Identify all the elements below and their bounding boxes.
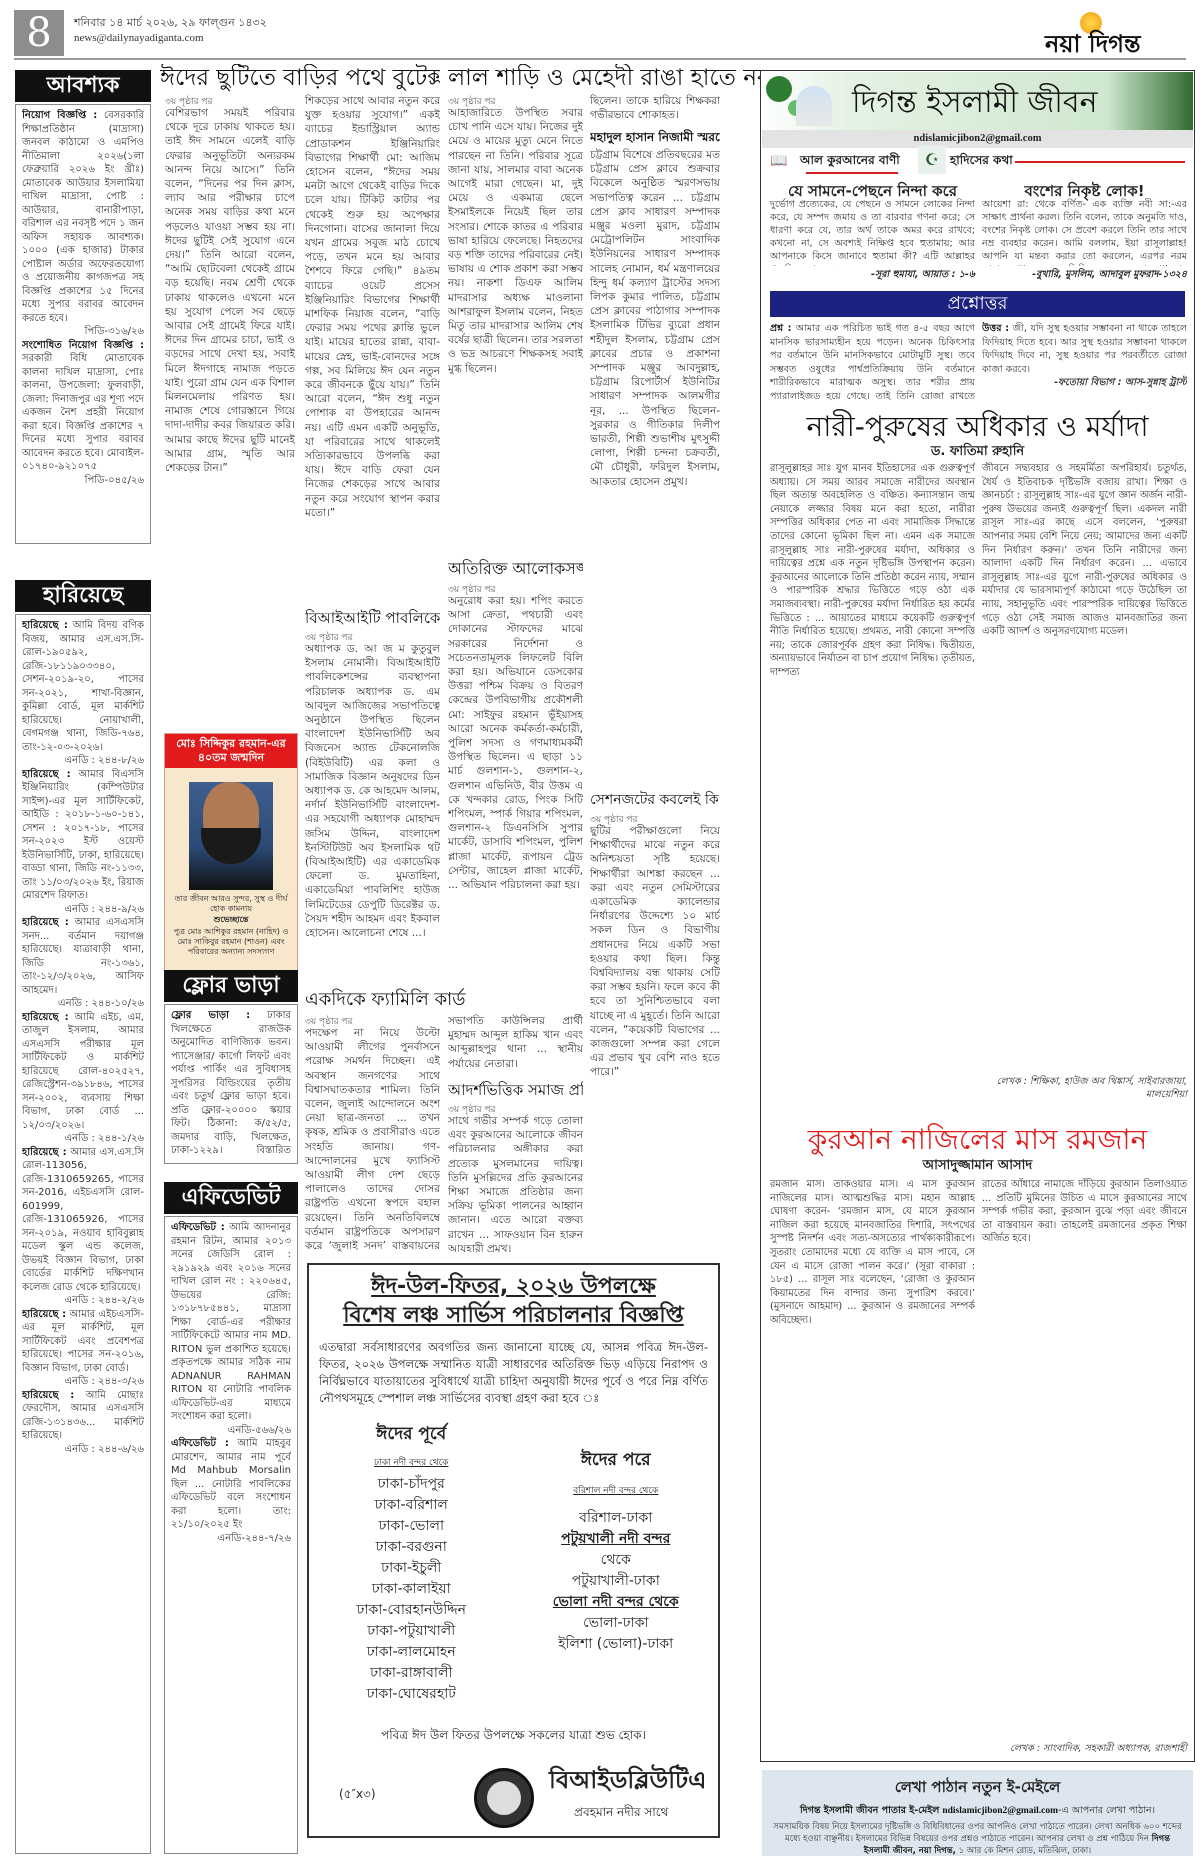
send-email-link[interactable]: ndislamicjibon2@gmail.com — [942, 1806, 1058, 1816]
org-name: বিআইডব্লিউটিএ — [549, 1762, 706, 1802]
after-eid-from: বরিশাল নদী বন্দর থেকে — [514, 1483, 719, 1498]
hadith-ref: -বুখারি, মুসলিম, আদাবুল মুফরাদ-১৩২৪ — [982, 268, 1187, 283]
article-body: অধ্যাপক ড. আ জ ম কুতুবুল ইসলাম নোমানী। ব… — [305, 642, 440, 972]
route-item: ইলিশা (ভোলা)-ঢাকা — [514, 1634, 719, 1655]
hadith-label: হাদিসের কথা — [950, 152, 1013, 172]
article-nizami-memorial: মহাদুল হাসান নিজামী স্মরণে — [590, 128, 720, 146]
ad-code: পিডি-৩১৬/২৬ — [22, 325, 144, 339]
article-session-jam: সেশনজটের কবলেই কি — [590, 790, 720, 810]
article-ideological: আদর্শভিত্তিক সমাজ প্রতিষ্ঠায় — [448, 1080, 583, 1100]
ad-size: (৫″x৩) — [339, 1786, 376, 1806]
birthday-ad: মোঃ সিদ্দিকুর রহমান-এর ৪০তম জন্মদিন তার … — [164, 733, 298, 983]
wishers-text: পুত্র মোঃ আশিকুর রহমান (নাহিদ) ও মোঃ সাক… — [165, 927, 297, 957]
lost-item: হারিয়েছে : আমি মোছাঃ ফেরদৌস, আমার এসএসস… — [22, 1389, 144, 1457]
section-title-floor-rent: ফ্লোর ভাড়া — [164, 970, 298, 1002]
ad-text: বেসরকারি শিক্ষাপ্রতিষ্ঠান (মাদ্রাসা) জনব… — [22, 110, 144, 324]
after-eid-routes: ঈদের পরে বরিশাল নদী বন্দর থেকে বরিশাল-ঢা… — [514, 1421, 719, 1705]
floor-rent-ad: ফ্লোর ভাড়া : ঢাকার খিলক্ষেতে রাজউক অনুম… — [164, 1004, 298, 1164]
article-eid-travel: ঈদের ছুটিতে বাড়ির পথে বুটেক্স — [160, 64, 440, 92]
lost-item: হারিয়েছে : আমি এইচ, এম, তাজুল ইসলাম, আম… — [22, 1011, 144, 1146]
route-item: ঢাকা-ঘোষেরহাট — [309, 1684, 514, 1705]
quran-label: আল কুরআনের বাণী — [800, 152, 900, 172]
author-note: লেখক : সাংবাদিক, সহকারী অধ্যাপক, রাজশাহী — [982, 1742, 1187, 1757]
route-item: ঢাকা-কালাইয়া — [309, 1579, 514, 1600]
decor-circle-icon — [766, 76, 792, 102]
affidavit-item: এফিডেভিট : আমি আদনানুর রহমান রিটন, আমার … — [171, 1221, 291, 1437]
birthday-caption: তার জীবন আরও সুন্দর, সুস্থ ও দীর্ঘ হোক ক… — [165, 890, 297, 914]
article-body: পদক্ষেপ না নিয়ে উল্টো আওয়ামী লীগের পুন… — [305, 1026, 440, 1252]
route-item: ভোলা-ঢাকা — [514, 1613, 719, 1634]
affidavit-ads: এফিডেভিট : আমি আদনানুর রহমান রিটন, আমার … — [164, 1216, 298, 1854]
qa-answer: উত্তর : জী, যদি সুস্থ হওয়ার সম্ভাবনা না… — [982, 322, 1187, 402]
article-body: ছিলেন। তাকে হারিয়ে শিক্ষকরা গভীরভাবে শো… — [590, 94, 720, 124]
author-note: লেখক : শিক্ষিকা, হাউজ অব থিঙ্কার্স, সাইব… — [982, 1075, 1187, 1101]
route-item: ঢাকা-রাঙ্গাবালী — [309, 1663, 514, 1684]
send-title: লেখা পাঠান নতুন ই-মেইলে — [772, 1776, 1183, 1801]
route-item: ঢাকা-বরগুনা — [309, 1537, 514, 1558]
article-extra-lighting: অতিরিক্ত আলোকসজ্জা — [448, 558, 583, 580]
biwta-emblem-icon — [474, 1768, 534, 1828]
lost-item: হারিয়েছে : আমার এস.এস.সি রোল-113056, রে… — [22, 1146, 144, 1308]
headline: একদিকে ফ্যামিলি কার্ড — [305, 988, 585, 1012]
quran-ref: -সূরা হুমাযা, আয়াত : ১-৬ — [770, 268, 975, 283]
date-line: শনিবার ১৪ মার্চ ২০২৬, ২৯ ফাল্গুন ১৪৩২ — [74, 14, 267, 33]
headline: আদর্শভিত্তিক সমাজ প্রতিষ্ঠায় — [448, 1080, 583, 1100]
lost-item: হারিয়েছে : আমার এইচএসসি-এর মূল মার্কশিট… — [22, 1308, 144, 1389]
article-body: জীবনে সদ্ব্যবহার ও সহমর্মিতা অপরিহার্য। … — [982, 462, 1187, 1072]
article-body: শিকড়ের সাথে আবার নতুন করে যুক্ত হওয়ার … — [305, 94, 440, 604]
ad-text: সরকারী বিধি মোতাবেক কালনা দাখিল মাদ্রাসা… — [22, 353, 144, 472]
send-writings-box: লেখা পাঠান নতুন ই-মেইলে দিগন্ত ইসলামী জী… — [762, 1770, 1193, 1856]
after-eid-heading: ঈদের পরে — [514, 1447, 719, 1475]
mosque-icon — [796, 86, 832, 126]
notice-body: এতদ্বারা সর্বসাধারণের অবগতির জন্য জানানো… — [309, 1331, 718, 1407]
ramadan-author: আসাদুজ্জামান আসাদ — [770, 1156, 1185, 1177]
ad-label: সংশোধিত নিয়োগ বিজ্ঞপ্তি : — [22, 340, 144, 351]
headline: অতিরিক্ত আলোকসজ্জা — [448, 558, 583, 580]
headline: সেশনজটের কবলেই কি — [590, 790, 720, 810]
wishers-title: শুভেচ্ছান্তে — [165, 914, 297, 927]
route-item: পটুয়াখালী-ঢাকা — [514, 1571, 719, 1592]
qa-title-bar: প্রশ্নোত্তর — [770, 291, 1185, 317]
route-item: ঢাকা-ভোলা — [309, 1516, 514, 1537]
ad-code: পিডি-০৪৫/২৬ — [22, 474, 144, 488]
header-email[interactable]: news@dailynayadiganta.com — [74, 32, 204, 44]
women-rights-author: ড. ফাতিমা রুহানি — [770, 442, 1185, 463]
quran-book-icon: 📖 — [770, 153, 792, 169]
article-body: সভাপতি কাউন্সিলর প্রার্থী মুহাম্মদ আব্দু… — [448, 1014, 583, 1074]
affidavit-item: এফিডেভিট : আমি মাহবুব মোরশেদ, আমার নাম প… — [171, 1437, 291, 1545]
launch-service-notice: ঈদ-উল-ফিতর, ২০২৬ উপলক্ষে বিশেষ লঞ্চ সার্… — [307, 1263, 720, 1838]
headline: বিআইআইটি পাবলিকেশন্সের — [305, 608, 440, 628]
article-red-saree: লাল শাড়ি ও মেহেদী রাঙা হাতে নববধূ — [448, 64, 760, 92]
article-biit: বিআইআইটি পাবলিকেশন্সের — [305, 608, 440, 628]
org-slogan: প্রবহমান নদীর সাথে — [574, 1804, 668, 1824]
qa-question: প্রশ্ন : আমার এক পরিচিত ভাই গত ৪-৫ বছর আ… — [770, 322, 975, 402]
route-columns: ঈদের পূর্বে ঢাকা নদী বন্দর থেকে ঢাকা-চাঁ… — [309, 1421, 718, 1705]
section-title-lost: হারিয়েছে — [15, 580, 151, 612]
route-item: ঢাকা-চাঁদপুর — [309, 1474, 514, 1495]
section-title-required: আবশ্যক — [15, 70, 151, 102]
route-item: ঢাকা-বরিশাল — [309, 1495, 514, 1516]
logo-text: নয়া দিগন্ত — [1045, 26, 1141, 66]
send-line-2: সমসাময়িক বিষয় নিয়ে ইসলামের দৃষ্টিভঙ্গ… — [772, 1821, 1183, 1857]
newspaper-logo: নয়া দিগন্ত — [1040, 12, 1190, 54]
lost-item: হারিয়েছে : আমার বিএসসি ইঞ্জিনিয়ারিং (ক… — [22, 768, 144, 917]
red-underline — [1015, 161, 1185, 163]
headline: মহাদুল হাসান নিজামী স্মরণে — [590, 128, 720, 146]
article-family-card: একদিকে ফ্যামিলি কার্ড — [305, 988, 585, 1012]
section-title-affidavit: এফিডেভিট — [164, 1182, 298, 1214]
route-item: ঢাকা-বোরহানউদ্দিন — [309, 1600, 514, 1621]
header-divider — [14, 58, 1186, 60]
islamic-life-banner: দিগন্ত ইসলামী জীবন — [762, 72, 1193, 130]
article-body: রমজান মাস। তাকওয়ার মাস। এ মাস কুরআন নাজ… — [770, 1178, 975, 1762]
route-item: ঢাকা-লালমোহন — [309, 1642, 514, 1663]
before-eid-from: ঢাকা নদী বন্দর থেকে — [309, 1455, 514, 1470]
red-underline — [806, 172, 898, 174]
ad-label: নিয়োগ বিজ্ঞপ্তি : — [22, 110, 97, 121]
lost-ads: হারিয়েছে : আমি বিদয় বণিক বিজয়, আমার এ… — [15, 614, 151, 1854]
after-eid-from: ভোলা নদী বন্দর থেকে — [514, 1592, 719, 1613]
section-email[interactable]: ndislamicjibon2@gmail.com — [762, 130, 1193, 148]
before-eid-routes: ঈদের পূর্বে ঢাকা নদী বন্দর থেকে ঢাকা-চাঁ… — [309, 1421, 514, 1705]
after-eid-from: থেকে — [514, 1550, 719, 1571]
article-body: আহাজারিতে উপস্থিত সবার চোখ পানি এসে যায়… — [448, 106, 583, 536]
article-body: রাসূলুল্লাহর সাঃ যুগ মানব ইতিহাসের এক গু… — [770, 462, 975, 1104]
portrait-photo — [189, 782, 273, 890]
article-body: চট্টগ্রাম বিশেষে প্রতিবছরের মত চট্টগ্রাম… — [590, 148, 720, 768]
section-title: দিগন্ত ইসলামী জীবন — [852, 78, 1098, 129]
after-eid-from: পটুয়খালী নদী বন্দর — [514, 1529, 719, 1550]
headline: ঈদের ছুটিতে বাড়ির পথে বুটেক্স — [160, 64, 440, 92]
notice-title-1: ঈদ-উল-ফিতর, ২০২৬ উপলক্ষে — [309, 1273, 718, 1301]
required-ads: নিয়োগ বিজ্ঞপ্তি : বেসরকারি শিক্ষাপ্রতিষ… — [15, 104, 151, 544]
headline: লাল শাড়ি ও মেহেদী রাঙা হাতে নববধূ — [448, 64, 760, 92]
before-eid-heading: ঈদের পূর্বে — [309, 1421, 514, 1449]
article-body: সাথে গভীর সম্পর্ক গড়ে তোলা এবং কুরআনের … — [448, 1114, 583, 1252]
route-item: ঢাকা-ইচুলী — [309, 1558, 514, 1579]
mosque-hadith-icon: ☪ — [918, 146, 946, 174]
quran-text: দুর্ভোগ প্রত্যেকের, যে পেছনে ও সামনে লোক… — [770, 198, 975, 266]
route-item: ঢাকা-পটুয়াখালী — [309, 1621, 514, 1642]
article-body: অনুরোধ করা হয়। শপিং করতে আসা ক্রেতা, পথ… — [448, 594, 583, 974]
route-item: বরিশাল-ঢাকা — [514, 1508, 719, 1529]
lost-item: হারিয়েছে : আমার এসএসসি সনদ... বর্তমান দ… — [22, 916, 144, 1011]
birthday-title: মোঃ সিদ্দিকুর রহমান-এর ৪০তম জন্মদিন — [165, 734, 297, 768]
lost-item: হারিয়েছে : আমি বিদয় বণিক বিজয়, আমার এ… — [22, 619, 144, 768]
article-body: ছুটির পরীক্ষাগুলো নিয়ে শিক্ষার্থীদের মা… — [590, 824, 720, 1252]
notice-wish: পবিত্র ঈদ উল ফিতর উপলক্ষে সকলের যাত্রা শ… — [309, 1727, 718, 1747]
notice-title-2: বিশেষ লঞ্চ সার্ভিস পরিচালনার বিজ্ঞপ্তি — [309, 1301, 718, 1331]
article-body: রাতের আঁধারে নামাজে দাঁড়িয়ে কুরআন তিলা… — [982, 1178, 1187, 1738]
send-line-1: দিগন্ত ইসলামী জীবন পাতার ই-মেইল ndislami… — [772, 1804, 1183, 1819]
hadith-text: আয়েশা রা: থেকে বর্ণিত- এক ব্যক্তি নবী স… — [982, 198, 1187, 266]
page-number: 8 — [14, 10, 64, 56]
article-body: বেশিরভাগ সময়ই পরিবার থেকে দূরে ঢাকায় থ… — [165, 106, 295, 582]
